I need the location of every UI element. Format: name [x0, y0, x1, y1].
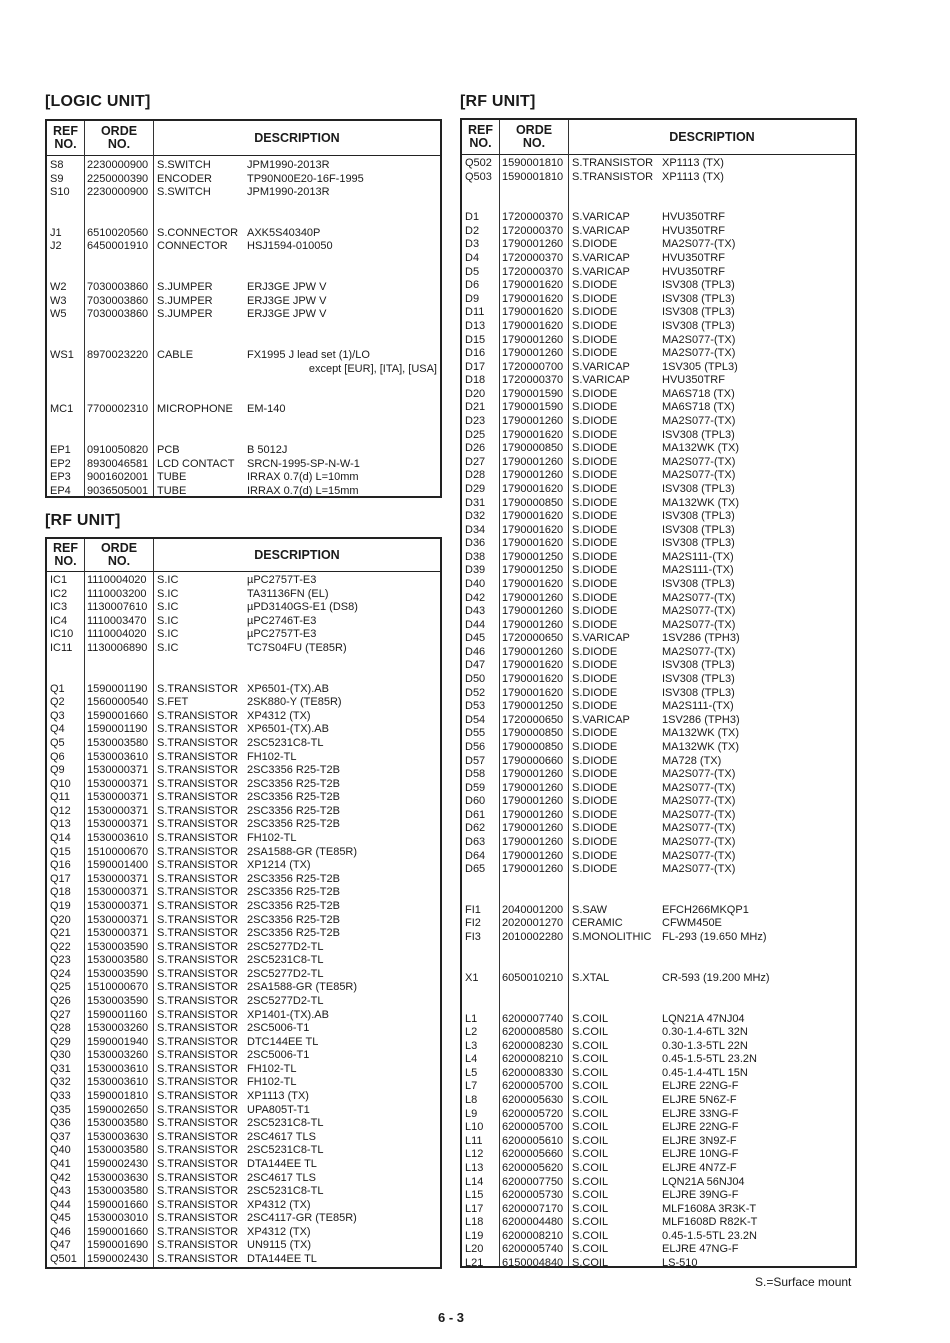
- part-number-cell: ISV308 (TPL3): [662, 510, 735, 524]
- table-row: Q31590001660S.TRANSISTORXP4312 (TX): [47, 710, 440, 724]
- ref-no-cell: D16: [465, 347, 485, 361]
- ref-no-cell: Q18: [50, 886, 71, 900]
- table-row-spacer: [47, 417, 440, 431]
- part-number-cell: 2SC4117-GR (TE85R): [247, 1212, 357, 1226]
- ref-no-cell: D44: [465, 619, 485, 633]
- part-number-cell: TA31136FN (EL): [247, 588, 329, 602]
- table-row-spacer: [462, 877, 855, 891]
- order-no-cell: 6200005700: [502, 1080, 563, 1094]
- part-number-cell: ISV308 (TPL3): [662, 320, 735, 334]
- part-type-cell: S.COIL: [572, 1243, 608, 1257]
- ref-no-cell: S9: [50, 173, 63, 187]
- header-description: DESCRIPTION: [154, 539, 440, 571]
- table-row-spacer: [47, 431, 440, 445]
- table-row: D501790001620S.DIODEISV308 (TPL3): [462, 673, 855, 687]
- order-no-cell: 1530000371: [87, 873, 148, 887]
- ref-no-cell: D50: [465, 673, 485, 687]
- table-row: Q451530003010S.TRANSISTOR2SC4117-GR (TE8…: [47, 1212, 440, 1226]
- part-number-cell: MA2S077-(TX): [662, 850, 735, 864]
- part-type-cell: S.TRANSISTOR: [157, 1158, 238, 1172]
- order-no-cell: 7700002310: [87, 403, 148, 417]
- part-number-cell: MA728 (TX): [662, 755, 721, 769]
- part-type-cell: S.TRANSISTOR: [157, 818, 238, 832]
- order-no-cell: 1590001660: [87, 1226, 148, 1240]
- part-number-cell: ISV308 (TPL3): [662, 293, 735, 307]
- order-no-cell: 1720000700: [502, 361, 563, 375]
- part-number-cell: MA2S077-(TX): [662, 646, 735, 660]
- part-type-cell: S.CONNECTOR: [157, 227, 238, 241]
- table-row: IC21110003200S.ICTA31136FN (EL): [47, 588, 440, 602]
- order-no-cell: 1530003610: [87, 832, 148, 846]
- part-number-cell: DTA144EE TL: [247, 1158, 317, 1172]
- part-type-cell: PCB: [157, 444, 180, 458]
- part-type-cell: S.COIL: [572, 1026, 608, 1040]
- part-number-cell: 2SC3356 R25-T2B: [247, 927, 340, 941]
- order-no-cell: 1790001620: [502, 510, 563, 524]
- order-no-cell: 6200008210: [502, 1230, 563, 1244]
- part-type-cell: CABLE: [157, 349, 193, 363]
- table-row-spacer: [47, 213, 440, 227]
- part-number-cell: MA132WK (TX): [662, 727, 739, 741]
- table-row: IC41110003470S.ICµPC2746T-E3: [47, 615, 440, 629]
- part-number-cell: DTC144EE TL: [247, 1036, 318, 1050]
- table-row: D51720000370S.VARICAPHVU350TRF: [462, 266, 855, 280]
- part-number-cell: MA2S077-(TX): [662, 836, 735, 850]
- order-no-cell: 6200007750: [502, 1176, 563, 1190]
- order-no-cell: 6200008230: [502, 1040, 563, 1054]
- part-type-cell: S.DIODE: [572, 388, 617, 402]
- part-type-cell: S.TRANSISTOR: [157, 723, 238, 737]
- order-no-cell: 7030003860: [87, 295, 148, 309]
- part-type-cell: S.TRANSISTOR: [157, 764, 238, 778]
- part-type-cell: S.TRANSISTOR: [157, 873, 238, 887]
- part-type-cell: S.TRANSISTOR: [157, 1049, 238, 1063]
- table-row: Q331590001810S.TRANSISTORXP1113 (TX): [47, 1090, 440, 1104]
- ref-no-cell: Q45: [50, 1212, 71, 1226]
- table-row: EP39001602001TUBEIRRAX 0.7(d) L=10mm: [47, 471, 440, 485]
- table-row: Q151510000670S.TRANSISTOR2SA1588-GR (TE8…: [47, 846, 440, 860]
- order-no-cell: 1590002430: [87, 1253, 148, 1267]
- part-type-cell: S.DIODE: [572, 741, 617, 755]
- part-number-cell: 2SC3356 R25-T2B: [247, 764, 340, 778]
- ref-no-cell: D18: [465, 374, 485, 388]
- ref-no-cell: D39: [465, 564, 485, 578]
- ref-no-cell: EP4: [50, 485, 71, 499]
- part-number-cell: MA2S077-(TX): [662, 456, 735, 470]
- part-type-cell: S.COIL: [572, 1080, 608, 1094]
- part-number-cell: XP4312 (TX): [247, 1226, 311, 1240]
- part-type-cell: S.DIODE: [572, 401, 617, 415]
- part-type-cell: S.TRANSISTOR: [157, 791, 238, 805]
- ref-no-cell: MC1: [50, 403, 73, 417]
- part-number-cell: 2SC5231C8-TL: [247, 954, 323, 968]
- order-no-cell: 1790001620: [502, 279, 563, 293]
- order-no-cell: 6050010210: [502, 972, 563, 986]
- order-no-cell: 1590002430: [87, 1158, 148, 1172]
- part-type-cell: S.TRANSISTOR: [157, 1104, 238, 1118]
- part-type-cell: S.DIODE: [572, 592, 617, 606]
- part-type-cell: S.VARICAP: [572, 252, 630, 266]
- table-row: D251790001620S.DIODEISV308 (TPL3): [462, 429, 855, 443]
- part-number-cell: ISV308 (TPL3): [662, 279, 735, 293]
- ref-no-cell: Q43: [50, 1185, 71, 1199]
- table-row: Q191530000371S.TRANSISTOR2SC3356 R25-T2B: [47, 900, 440, 914]
- ref-no-cell: D62: [465, 822, 485, 836]
- ref-no-cell: D59: [465, 782, 485, 796]
- part-type-cell: S.VARICAP: [572, 374, 630, 388]
- part-type-cell: S.DIODE: [572, 687, 617, 701]
- order-no-cell: 6200005740: [502, 1243, 563, 1257]
- ref-no-cell: X1: [465, 972, 478, 986]
- order-no-cell: 1790001260: [502, 619, 563, 633]
- part-type-cell: S.COIL: [572, 1013, 608, 1027]
- order-no-cell: 1790001260: [502, 415, 563, 429]
- table-row: Q211530000371S.TRANSISTOR2SC3356 R25-T2B: [47, 927, 440, 941]
- part-number-cell: 0.30-1.4-6TL 32N: [662, 1026, 748, 1040]
- part-type-cell: S.IC: [157, 615, 178, 629]
- table-row: Q231530003580S.TRANSISTOR2SC5231C8-TL: [47, 954, 440, 968]
- order-no-cell: 8970023220: [87, 349, 148, 363]
- part-type-cell: S.VARICAP: [572, 632, 630, 646]
- part-number-cell: ISV308 (TPL3): [662, 659, 735, 673]
- ref-no-cell: Q9: [50, 764, 65, 778]
- ref-no-cell: Q1: [50, 683, 65, 697]
- table-row: Q361530003580S.TRANSISTOR2SC5231C8-TL: [47, 1117, 440, 1131]
- part-number-cell: MA2S077-(TX): [662, 415, 735, 429]
- table-row: D631790001260S.DIODEMA2S077-(TX): [462, 836, 855, 850]
- ref-no-cell: D57: [465, 755, 485, 769]
- order-no-cell: 1530000371: [87, 818, 148, 832]
- table-row: D621790001260S.DIODEMA2S077-(TX): [462, 822, 855, 836]
- part-number-cell: µPD3140GS-E1 (DS8): [247, 601, 358, 615]
- order-no-cell: 1130006890: [87, 642, 147, 656]
- page-number: 6 - 3: [438, 1310, 464, 1325]
- ref-no-cell: Q35: [50, 1104, 71, 1118]
- part-number-cell: ELJRE 3N9Z-F: [662, 1135, 737, 1149]
- part-type-cell: S.COIL: [572, 1108, 608, 1122]
- part-number-cell: HSJ1594-010050: [247, 240, 333, 254]
- table-row: Q51530003580S.TRANSISTOR2SC5231C8-TL: [47, 737, 440, 751]
- part-type-cell: S.IC: [157, 642, 178, 656]
- order-no-cell: 1790001250: [502, 700, 563, 714]
- part-type-cell: S.TRANSISTOR: [157, 1185, 238, 1199]
- table-row: L46200008210S.COIL0.45-1.5-5TL 23.2N: [462, 1053, 855, 1067]
- part-type-cell: S.TRANSISTOR: [157, 1144, 238, 1158]
- order-no-cell: 1530003610: [87, 1076, 148, 1090]
- order-no-cell: 1790001250: [502, 564, 563, 578]
- order-no-cell: 1590001810: [502, 171, 563, 185]
- part-number-cell: 2SA1588-GR (TE85R): [247, 981, 357, 995]
- ref-no-cell: D11: [465, 306, 484, 320]
- part-type-cell: S.DIODE: [572, 673, 617, 687]
- ref-no-cell: Q33: [50, 1090, 71, 1104]
- part-number-cell: HVU350TRF: [662, 252, 725, 266]
- ref-no-cell: D15: [465, 334, 485, 348]
- rf-unit-parts-table-right: REFNO. ORDENO. DESCRIPTION Q502159000181…: [460, 118, 857, 1268]
- part-type-cell: S.TRANSISTOR: [157, 1253, 238, 1267]
- order-no-cell: 1790001260: [502, 768, 563, 782]
- ref-no-cell: Q23: [50, 954, 71, 968]
- order-no-cell: 1790001620: [502, 659, 563, 673]
- order-no-cell: 1720000650: [502, 632, 563, 646]
- table-row: D11720000370S.VARICAPHVU350TRF: [462, 211, 855, 225]
- section-title-rf-unit-right: [RF UNIT]: [460, 93, 536, 111]
- ref-no-cell: EP1: [50, 444, 71, 458]
- ref-no-cell: D42: [465, 592, 485, 606]
- part-number-cell: LQN21A 47NJ04: [662, 1013, 745, 1027]
- table-row: Q261530003590S.TRANSISTOR2SC5277D2-TL: [47, 995, 440, 1009]
- order-no-cell: 1720000370: [502, 225, 563, 239]
- ref-no-cell: Q13: [50, 818, 71, 832]
- part-type-cell: S.DIODE: [572, 483, 617, 497]
- part-type-cell: LCD CONTACT: [157, 458, 234, 472]
- part-number-cell: ELJRE 4N7Z-F: [662, 1162, 737, 1176]
- part-number-cell: MA2S077-(TX): [662, 863, 735, 877]
- part-type-cell: MICROPHONE: [157, 403, 233, 417]
- table-row: L116200005610S.COILELJRE 3N9Z-F: [462, 1135, 855, 1149]
- table-row: Q291590001940S.TRANSISTORDTC144EE TL: [47, 1036, 440, 1050]
- part-number-cell: ISV308 (TPL3): [662, 578, 735, 592]
- table-row-spacer: [462, 198, 855, 212]
- part-type-cell: S.DIODE: [572, 293, 617, 307]
- part-number-cell: IRRAX 0.7(d) L=10mm: [247, 471, 359, 485]
- part-type-cell: S.FET: [157, 696, 188, 710]
- part-number-cell: 0.45-1.4-4TL 15N: [662, 1067, 748, 1081]
- order-no-cell: 6150004840: [502, 1257, 563, 1271]
- part-type-cell: S.DIODE: [572, 578, 617, 592]
- ref-no-cell: D52: [465, 687, 485, 701]
- part-number-cell: 2SC5277D2-TL: [247, 995, 323, 1009]
- part-number-cell: ISV308 (TPL3): [662, 687, 735, 701]
- table-header: REFNO. ORDENO. DESCRIPTION: [47, 121, 440, 156]
- part-type-cell: S.DIODE: [572, 700, 617, 714]
- order-no-cell: 1790001620: [502, 524, 563, 538]
- part-number-cell: FH102-TL: [247, 751, 297, 765]
- table-row: S92250000390ENCODERTP90N00E20-16F-1995: [47, 173, 440, 187]
- part-type-cell: S.SWITCH: [157, 159, 211, 173]
- part-number-cell: AXK5S40340P: [247, 227, 320, 241]
- order-no-cell: 6450001910: [87, 240, 148, 254]
- ref-no-cell: Q24: [50, 968, 71, 982]
- ref-no-cell: D26: [465, 442, 485, 456]
- table-row: D451720000650S.VARICAP1SV286 (TPH3): [462, 632, 855, 646]
- part-type-cell: S.DIODE: [572, 442, 617, 456]
- ref-no-cell: L15: [465, 1189, 483, 1203]
- order-no-cell: 9001602001: [87, 471, 148, 485]
- table-row-spacer: [47, 336, 440, 350]
- part-type-cell: S.TRANSISTOR: [157, 1172, 238, 1186]
- part-number-cell: HVU350TRF: [662, 374, 725, 388]
- table-row: D611790001260S.DIODEMA2S077-(TX): [462, 809, 855, 823]
- ref-no-cell: D32: [465, 510, 485, 524]
- table-row: Q161590001400S.TRANSISTORXP1214 (TX): [47, 859, 440, 873]
- order-no-cell: 1590001690: [87, 1239, 148, 1253]
- part-type-cell: S.TRANSISTOR: [157, 832, 238, 846]
- ref-no-cell: Q21: [50, 927, 71, 941]
- table-row-spacer: [47, 322, 440, 336]
- table-row: Q21560000540S.FET2SK880-Y (TE85R): [47, 696, 440, 710]
- ref-no-cell: Q6: [50, 751, 65, 765]
- part-type-cell: S.TRANSISTOR: [157, 995, 238, 1009]
- part-type-cell: S.TRANSISTOR: [157, 1226, 238, 1240]
- order-no-cell: 7030003860: [87, 308, 148, 322]
- table-row: L206200005740S.COILELJRE 47NG-F: [462, 1243, 855, 1257]
- ref-no-cell: D60: [465, 795, 485, 809]
- ref-no-cell: W5: [50, 308, 67, 322]
- ref-no-cell: D21: [465, 401, 485, 415]
- ref-no-cell: Q501: [50, 1253, 77, 1267]
- part-number-cell: FX1995 J lead set (1)/LO: [247, 349, 370, 363]
- part-type-cell: S.TRANSISTOR: [572, 157, 653, 171]
- table-row: Q5021590001810S.TRANSISTORXP1113 (TX): [462, 157, 855, 171]
- part-number-cell: 2SC4617 TLS: [247, 1131, 316, 1145]
- table-row: D341790001620S.DIODEISV308 (TPL3): [462, 524, 855, 538]
- table-row: D401790001620S.DIODEISV308 (TPL3): [462, 578, 855, 592]
- table-row: Q91530000371S.TRANSISTOR2SC3356 R25-T2B: [47, 764, 440, 778]
- table-row: J16510020560S.CONNECTORAXK5S40340P: [47, 227, 440, 241]
- ref-no-cell: D47: [465, 659, 485, 673]
- part-number-cell: 2SC3356 R25-T2B: [247, 778, 340, 792]
- part-type-cell: S.DIODE: [572, 320, 617, 334]
- part-type-cell: S.COIL: [572, 1094, 608, 1108]
- ref-no-cell: Q26: [50, 995, 71, 1009]
- part-type-cell: S.DIODE: [572, 619, 617, 633]
- order-no-cell: 1530003630: [87, 1131, 148, 1145]
- ref-no-cell: L20: [465, 1243, 483, 1257]
- part-type-cell: S.DIODE: [572, 524, 617, 538]
- part-type-cell: S.TRANSISTOR: [157, 1076, 238, 1090]
- part-number-cell: JPM1990-2013R: [247, 186, 330, 200]
- order-no-cell: 1510000670: [87, 846, 148, 860]
- table-row: Q461590001660S.TRANSISTORXP4312 (TX): [47, 1226, 440, 1240]
- order-no-cell: 1790000850: [502, 741, 563, 755]
- ref-no-cell: D5: [465, 266, 479, 280]
- part-type-cell: S.TRANSISTOR: [157, 927, 238, 941]
- part-type-cell: TUBE: [157, 471, 186, 485]
- ref-no-cell: L4: [465, 1053, 477, 1067]
- ref-no-cell: Q14: [50, 832, 71, 846]
- order-no-cell: 1530003590: [87, 995, 148, 1009]
- part-type-cell: S.TRANSISTOR: [157, 1212, 238, 1226]
- ref-no-cell: D3: [465, 238, 479, 252]
- part-number-cell: 2SC5231C8-TL: [247, 1144, 323, 1158]
- part-type-cell: S.COIL: [572, 1216, 608, 1230]
- ref-no-cell: L14: [465, 1176, 483, 1190]
- order-no-cell: 1530003260: [87, 1022, 148, 1036]
- part-number-cell: ERJ3GE JPW V: [247, 308, 326, 322]
- ref-no-cell: S10: [50, 186, 70, 200]
- rf-unit-parts-table-left: REFNO. ORDENO. DESCRIPTION IC11110004020…: [45, 537, 442, 1269]
- part-number-cell: XP1113 (TX): [662, 157, 724, 171]
- part-number-cell: ELJRE 39NG-F: [662, 1189, 738, 1203]
- table-row: Q181530000371S.TRANSISTOR2SC3356 R25-T2B: [47, 886, 440, 900]
- part-number-cell: TC7S04FU (TE85R): [247, 642, 347, 656]
- ref-no-cell: D1: [465, 211, 479, 225]
- order-no-cell: 1530000371: [87, 900, 148, 914]
- part-number-cell: XP1214 (TX): [247, 859, 311, 873]
- part-type-cell: S.COIL: [572, 1230, 608, 1244]
- table-row: D391790001250S.DIODEMA2S111-(TX): [462, 564, 855, 578]
- part-type-cell: S.DIODE: [572, 279, 617, 293]
- order-no-cell: 6200007170: [502, 1203, 563, 1217]
- order-no-cell: 1790001620: [502, 429, 563, 443]
- table-row-spacer: [462, 999, 855, 1013]
- table-row-spacer: [47, 363, 440, 377]
- ref-no-cell: D13: [465, 320, 485, 334]
- part-number-cell: MA2S077-(TX): [662, 469, 735, 483]
- table-row: D591790001260S.DIODEMA2S077-(TX): [462, 782, 855, 796]
- ref-no-cell: IC11: [50, 642, 72, 656]
- part-number-cell: JPM1990-2013R: [247, 159, 330, 173]
- part-number-cell: MLF1608D R82K-T: [662, 1216, 757, 1230]
- order-no-cell: 6200008580: [502, 1026, 563, 1040]
- part-type-cell: S.DIODE: [572, 822, 617, 836]
- ref-no-cell: L5: [465, 1067, 477, 1081]
- part-type-cell: S.TRANSISTOR: [157, 1036, 238, 1050]
- ref-no-cell: D58: [465, 768, 485, 782]
- part-type-cell: S.TRANSISTOR: [157, 1063, 238, 1077]
- ref-no-cell: D46: [465, 646, 485, 660]
- ref-no-cell: D55: [465, 727, 485, 741]
- part-type-cell: S.XTAL: [572, 972, 609, 986]
- part-type-cell: S.COIL: [572, 1176, 608, 1190]
- ref-no-cell: L2: [465, 1026, 477, 1040]
- part-type-cell: S.DIODE: [572, 782, 617, 796]
- part-number-cell: 2SC3356 R25-T2B: [247, 805, 340, 819]
- part-type-cell: S.TRANSISTOR: [157, 968, 238, 982]
- ref-no-cell: L18: [465, 1216, 483, 1230]
- header-order-no: ORDENO.: [85, 121, 153, 155]
- part-type-cell: S.DIODE: [572, 306, 617, 320]
- part-type-cell: CONNECTOR: [157, 240, 228, 254]
- ref-no-cell: Q502: [465, 157, 492, 171]
- ref-no-cell: EP2: [50, 458, 71, 472]
- ref-no-cell: L17: [465, 1203, 483, 1217]
- part-number-cell: 2SC5277D2-TL: [247, 941, 323, 955]
- part-type-cell: S.VARICAP: [572, 266, 630, 280]
- order-no-cell: 1790001620: [502, 578, 563, 592]
- part-number-cell: FH102-TL: [247, 1063, 297, 1077]
- table-row: L36200008230S.COIL0.30-1.3-5TL 22N: [462, 1040, 855, 1054]
- ref-no-cell: L11: [465, 1135, 483, 1149]
- order-no-cell: 1530003580: [87, 954, 148, 968]
- part-type-cell: S.COIL: [572, 1053, 608, 1067]
- table-row: L126200005660S.COILELJRE 10NG-F: [462, 1148, 855, 1162]
- table-row: D381790001250S.DIODEMA2S111-(TX): [462, 551, 855, 565]
- table-row: W27030003860S.JUMPERERJ3GE JPW V: [47, 281, 440, 295]
- order-no-cell: 1110003470: [87, 615, 147, 629]
- table-row: D131790001620S.DIODEISV308 (TPL3): [462, 320, 855, 334]
- part-number-cell: 1SV286 (TPH3): [662, 714, 740, 728]
- part-type-cell: S.TRANSISTOR: [157, 1131, 238, 1145]
- table-row: D91790001620S.DIODEISV308 (TPL3): [462, 293, 855, 307]
- table-row: IC101110004020S.ICµPC2757T-E3: [47, 628, 440, 642]
- ref-no-cell: IC10: [50, 628, 73, 642]
- table-row: W37030003860S.JUMPERERJ3GE JPW V: [47, 295, 440, 309]
- table-row: D521790001620S.DIODEISV308 (TPL3): [462, 687, 855, 701]
- table-row: L146200007750S.COILLQN21A 56NJ04: [462, 1176, 855, 1190]
- part-number-cell: XP1113 (TX): [662, 171, 724, 185]
- table-row: D541720000650S.VARICAP1SV286 (TPH3): [462, 714, 855, 728]
- ref-no-cell: L3: [465, 1040, 477, 1054]
- order-no-cell: 1590001940: [87, 1036, 148, 1050]
- order-no-cell: 1790001620: [502, 320, 563, 334]
- ref-no-cell: D53: [465, 700, 485, 714]
- ref-no-cell: D64: [465, 850, 485, 864]
- ref-no-cell: J2: [50, 240, 62, 254]
- order-no-cell: 1110004020: [87, 628, 147, 642]
- order-no-cell: 6200008330: [502, 1067, 563, 1081]
